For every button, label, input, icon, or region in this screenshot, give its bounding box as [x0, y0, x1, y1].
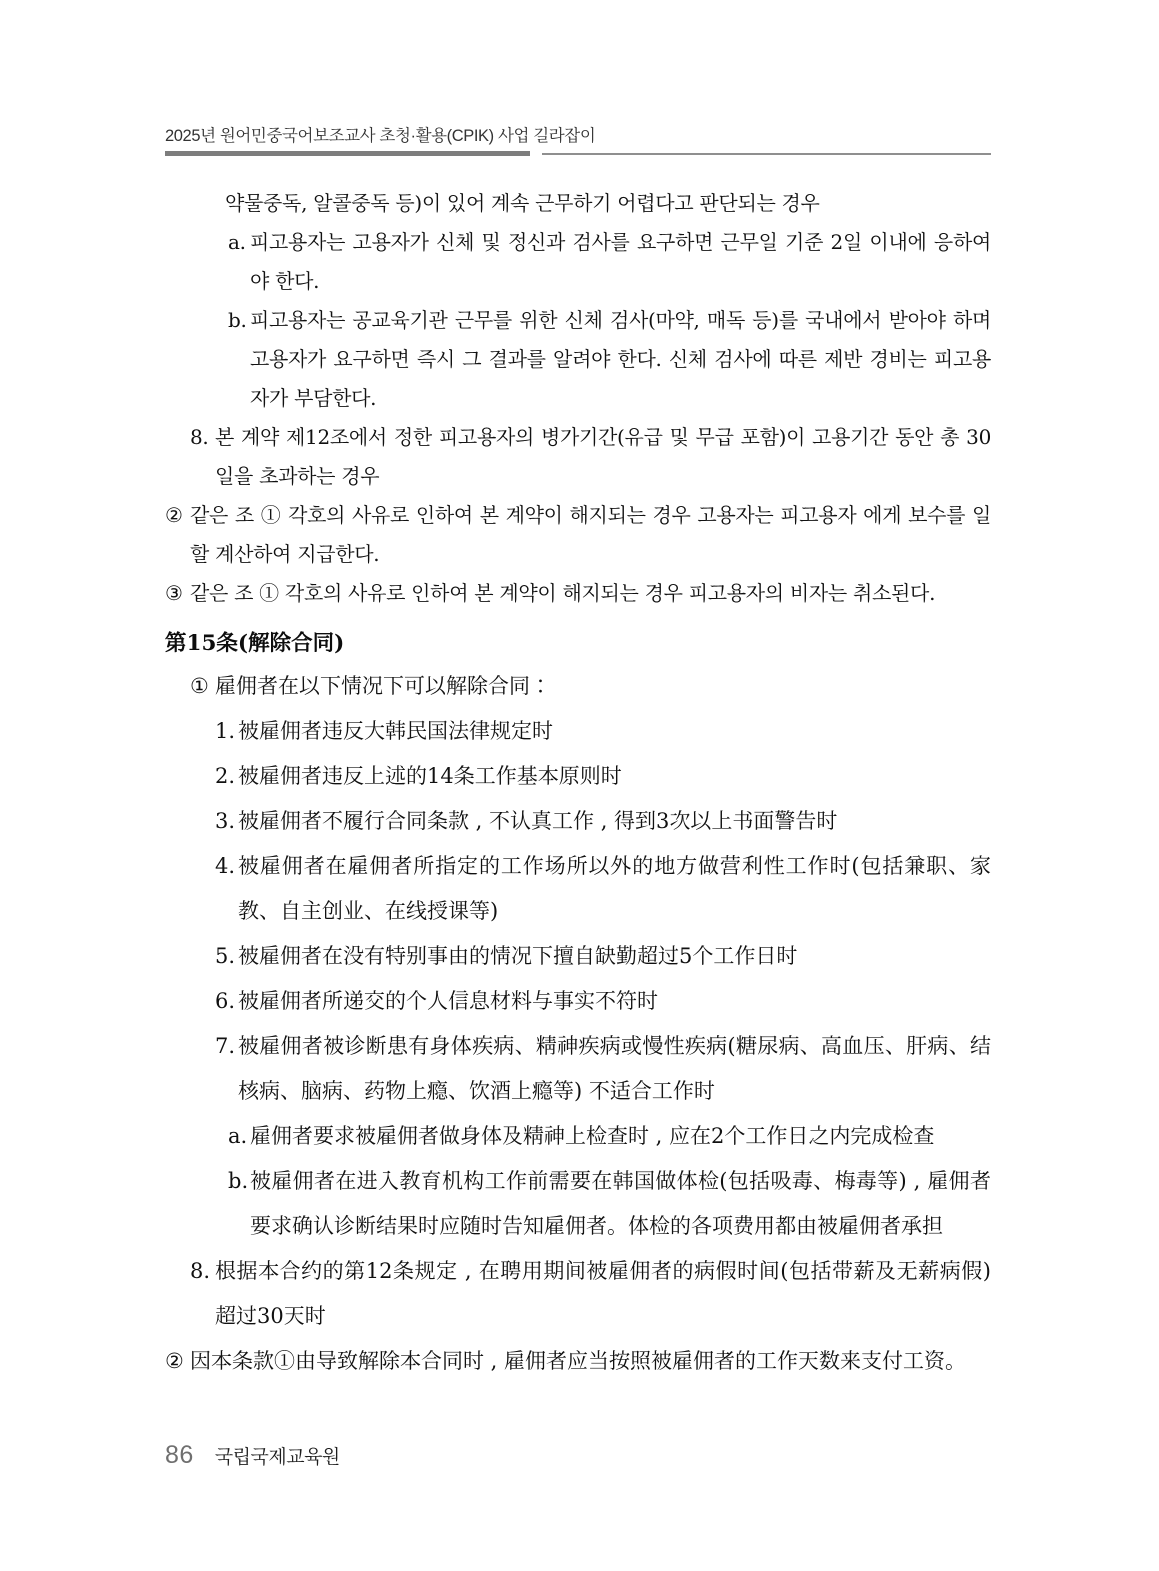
contract-clause: b.被雇佣者在进入教育机构工作前需要在韩国做体检(包括吸毒、梅毒等) , 雇佣者…: [165, 1159, 991, 1249]
article-15-heading: 第15条(解除合同): [165, 623, 991, 664]
contract-clause: 1.被雇佣者违反大韩民国法律规定时: [165, 709, 991, 754]
clause-label: b.: [228, 1159, 248, 1204]
clause-label: 2.: [215, 754, 235, 799]
clause-text: 같은 조 ① 각호의 사유로 인하여 본 계약이 해지되는 경우 피고용자의 비…: [190, 581, 935, 605]
page-header: 2025년 원어민중국어보조교사 초청·활용(CPIK) 사업 길라잡이: [165, 122, 991, 156]
clause-text: 같은 조 ① 각호의 사유로 인하여 본 계약이 해지되는 경우 고용자는 피고…: [190, 503, 991, 566]
header-title: 2025년 원어민중국어보조교사 초청·활용(CPIK) 사업 길라잡이: [165, 122, 991, 146]
clause-text: 雇佣者要求被雇佣者做身体及精神上检查时 , 应在2个工作日之内完成检查: [250, 1124, 934, 1148]
contract-clause: b.피고용자는 공교육기관 근무를 위한 신체 검사(마약, 매독 등)를 국내…: [165, 301, 991, 418]
clause-text: 본 계약 제12조에서 정한 피고용자의 병가기간(유급 및 무급 포함)이 고…: [215, 425, 991, 488]
clause-text: 被雇佣者不履行合同条款 , 不认真工作 , 得到3次以上书面警告时: [238, 809, 837, 833]
header-rules: [165, 151, 991, 156]
clause-text: 因本条款①由导致解除本合同时 , 雇佣者应当按照被雇佣者的工作天数来支付工资。: [190, 1349, 966, 1373]
clause-label: ②: [165, 1339, 184, 1384]
contract-clause: ②因本条款①由导致解除本合同时 , 雇佣者应当按照被雇佣者的工作天数来支付工资。: [165, 1339, 991, 1384]
contract-clause: a.피고용자는 고용자가 신체 및 정신과 검사를 요구하면 근무일 기준 2일…: [165, 223, 991, 301]
contract-clause: 2.被雇佣者违反上述的14条工作基本原则时: [165, 754, 991, 799]
header-rule-thin: [542, 153, 991, 155]
contract-clause: ②같은 조 ① 각호의 사유로 인하여 본 계약이 해지되는 경우 고용자는 피…: [165, 496, 991, 574]
contract-clause: ③같은 조 ① 각호의 사유로 인하여 본 계약이 해지되는 경우 피고용자의 …: [165, 574, 991, 613]
clause-label: 3.: [215, 799, 235, 844]
chinese-clauses-section: ①雇佣者在以下情况下可以解除合同：1.被雇佣者违反大韩民国法律规定时2.被雇佣者…: [165, 664, 991, 1384]
contract-clause: 약물중독, 알콜중독 등)이 있어 계속 근무하기 어렵다고 판단되는 경우: [165, 184, 991, 223]
clause-text: 약물중독, 알콜중독 등)이 있어 계속 근무하기 어렵다고 판단되는 경우: [225, 191, 820, 215]
clause-label: ③: [165, 574, 183, 613]
clause-label: 4.: [215, 844, 235, 889]
clause-text: 根据本合约的第12条规定 , 在聘用期间被雇佣者的病假时间(包括带薪及无薪病假)…: [215, 1259, 991, 1328]
clause-text: 被雇佣者违反大韩民国法律规定时: [238, 719, 553, 743]
clause-label: ①: [190, 664, 209, 709]
clause-text: 雇佣者在以下情况下可以解除合同：: [215, 674, 551, 698]
contract-clause: 8.본 계약 제12조에서 정한 피고용자의 병가기간(유급 및 무급 포함)이…: [165, 418, 991, 496]
contract-clause: 6.被雇佣者所递交的个人信息材料与事实不符时: [165, 979, 991, 1024]
clause-label: 7.: [215, 1024, 235, 1069]
clause-label: 6.: [215, 979, 235, 1024]
clause-label: a.: [228, 1114, 247, 1159]
header-rule-thick: [165, 151, 530, 156]
clause-text: 被雇佣者在进入教育机构工作前需要在韩国做体检(包括吸毒、梅毒等) , 雇佣者要求…: [250, 1169, 991, 1238]
clause-label: 1.: [215, 709, 235, 754]
contract-clause: a.雇佣者要求被雇佣者做身体及精神上检查时 , 应在2个工作日之内完成检查: [165, 1114, 991, 1159]
clause-label: 8.: [190, 418, 208, 457]
clause-label: 5.: [215, 934, 235, 979]
document-page: 2025년 원어민중국어보조교사 초청·활용(CPIK) 사업 길라잡이 약물중…: [0, 0, 1159, 1571]
clause-text: 被雇佣者在没有特别事由的情况下擅自缺勤超过5个工作日时: [238, 944, 797, 968]
clause-label: ②: [165, 496, 183, 535]
clause-label: a.: [228, 223, 246, 262]
contract-clause: 5.被雇佣者在没有特别事由的情况下擅自缺勤超过5个工作日时: [165, 934, 991, 979]
clause-label: 8.: [190, 1249, 210, 1294]
page-number: 86: [165, 1441, 194, 1470]
korean-clauses-section: 약물중독, 알콜중독 등)이 있어 계속 근무하기 어렵다고 판단되는 경우a.…: [165, 184, 991, 613]
clause-text: 被雇佣者违反上述的14条工作基本原则时: [238, 764, 622, 788]
clause-text: 被雇佣者被诊断患有身体疾病、精神疾病或慢性疾病(糖尿病、高血压、肝病、结核病、脑…: [238, 1034, 991, 1103]
clause-text: 被雇佣者在雇佣者所指定的工作场所以外的地方做营利性工作时(包括兼职、家教、自主创…: [238, 854, 991, 923]
contract-clause: 8.根据本合约的第12条规定 , 在聘用期间被雇佣者的病假时间(包括带薪及无薪病…: [165, 1249, 991, 1339]
organization-name: 국립국제교육원: [215, 1442, 340, 1469]
header-rule-gap: [530, 153, 542, 154]
contract-clause: 4.被雇佣者在雇佣者所指定的工作场所以外的地方做营利性工作时(包括兼职、家教、自…: [165, 844, 991, 934]
clause-text: 被雇佣者所递交的个人信息材料与事实不符时: [238, 989, 658, 1013]
contract-clause: 3.被雇佣者不履行合同条款 , 不认真工作 , 得到3次以上书面警告时: [165, 799, 991, 844]
clause-label: b.: [228, 301, 247, 340]
clause-text: 피고용자는 공교육기관 근무를 위한 신체 검사(마약, 매독 등)를 국내에서…: [250, 308, 991, 410]
document-body: 약물중독, 알콜중독 등)이 있어 계속 근무하기 어렵다고 판단되는 경우a.…: [165, 184, 991, 1384]
clause-text: 피고용자는 고용자가 신체 및 정신과 검사를 요구하면 근무일 기준 2일 이…: [250, 230, 991, 293]
contract-clause: 7.被雇佣者被诊断患有身体疾病、精神疾病或慢性疾病(糖尿病、高血压、肝病、结核病…: [165, 1024, 991, 1114]
page-footer: 86 국립국제교육원: [165, 1441, 340, 1470]
contract-clause: ①雇佣者在以下情况下可以解除合同：: [165, 664, 991, 709]
